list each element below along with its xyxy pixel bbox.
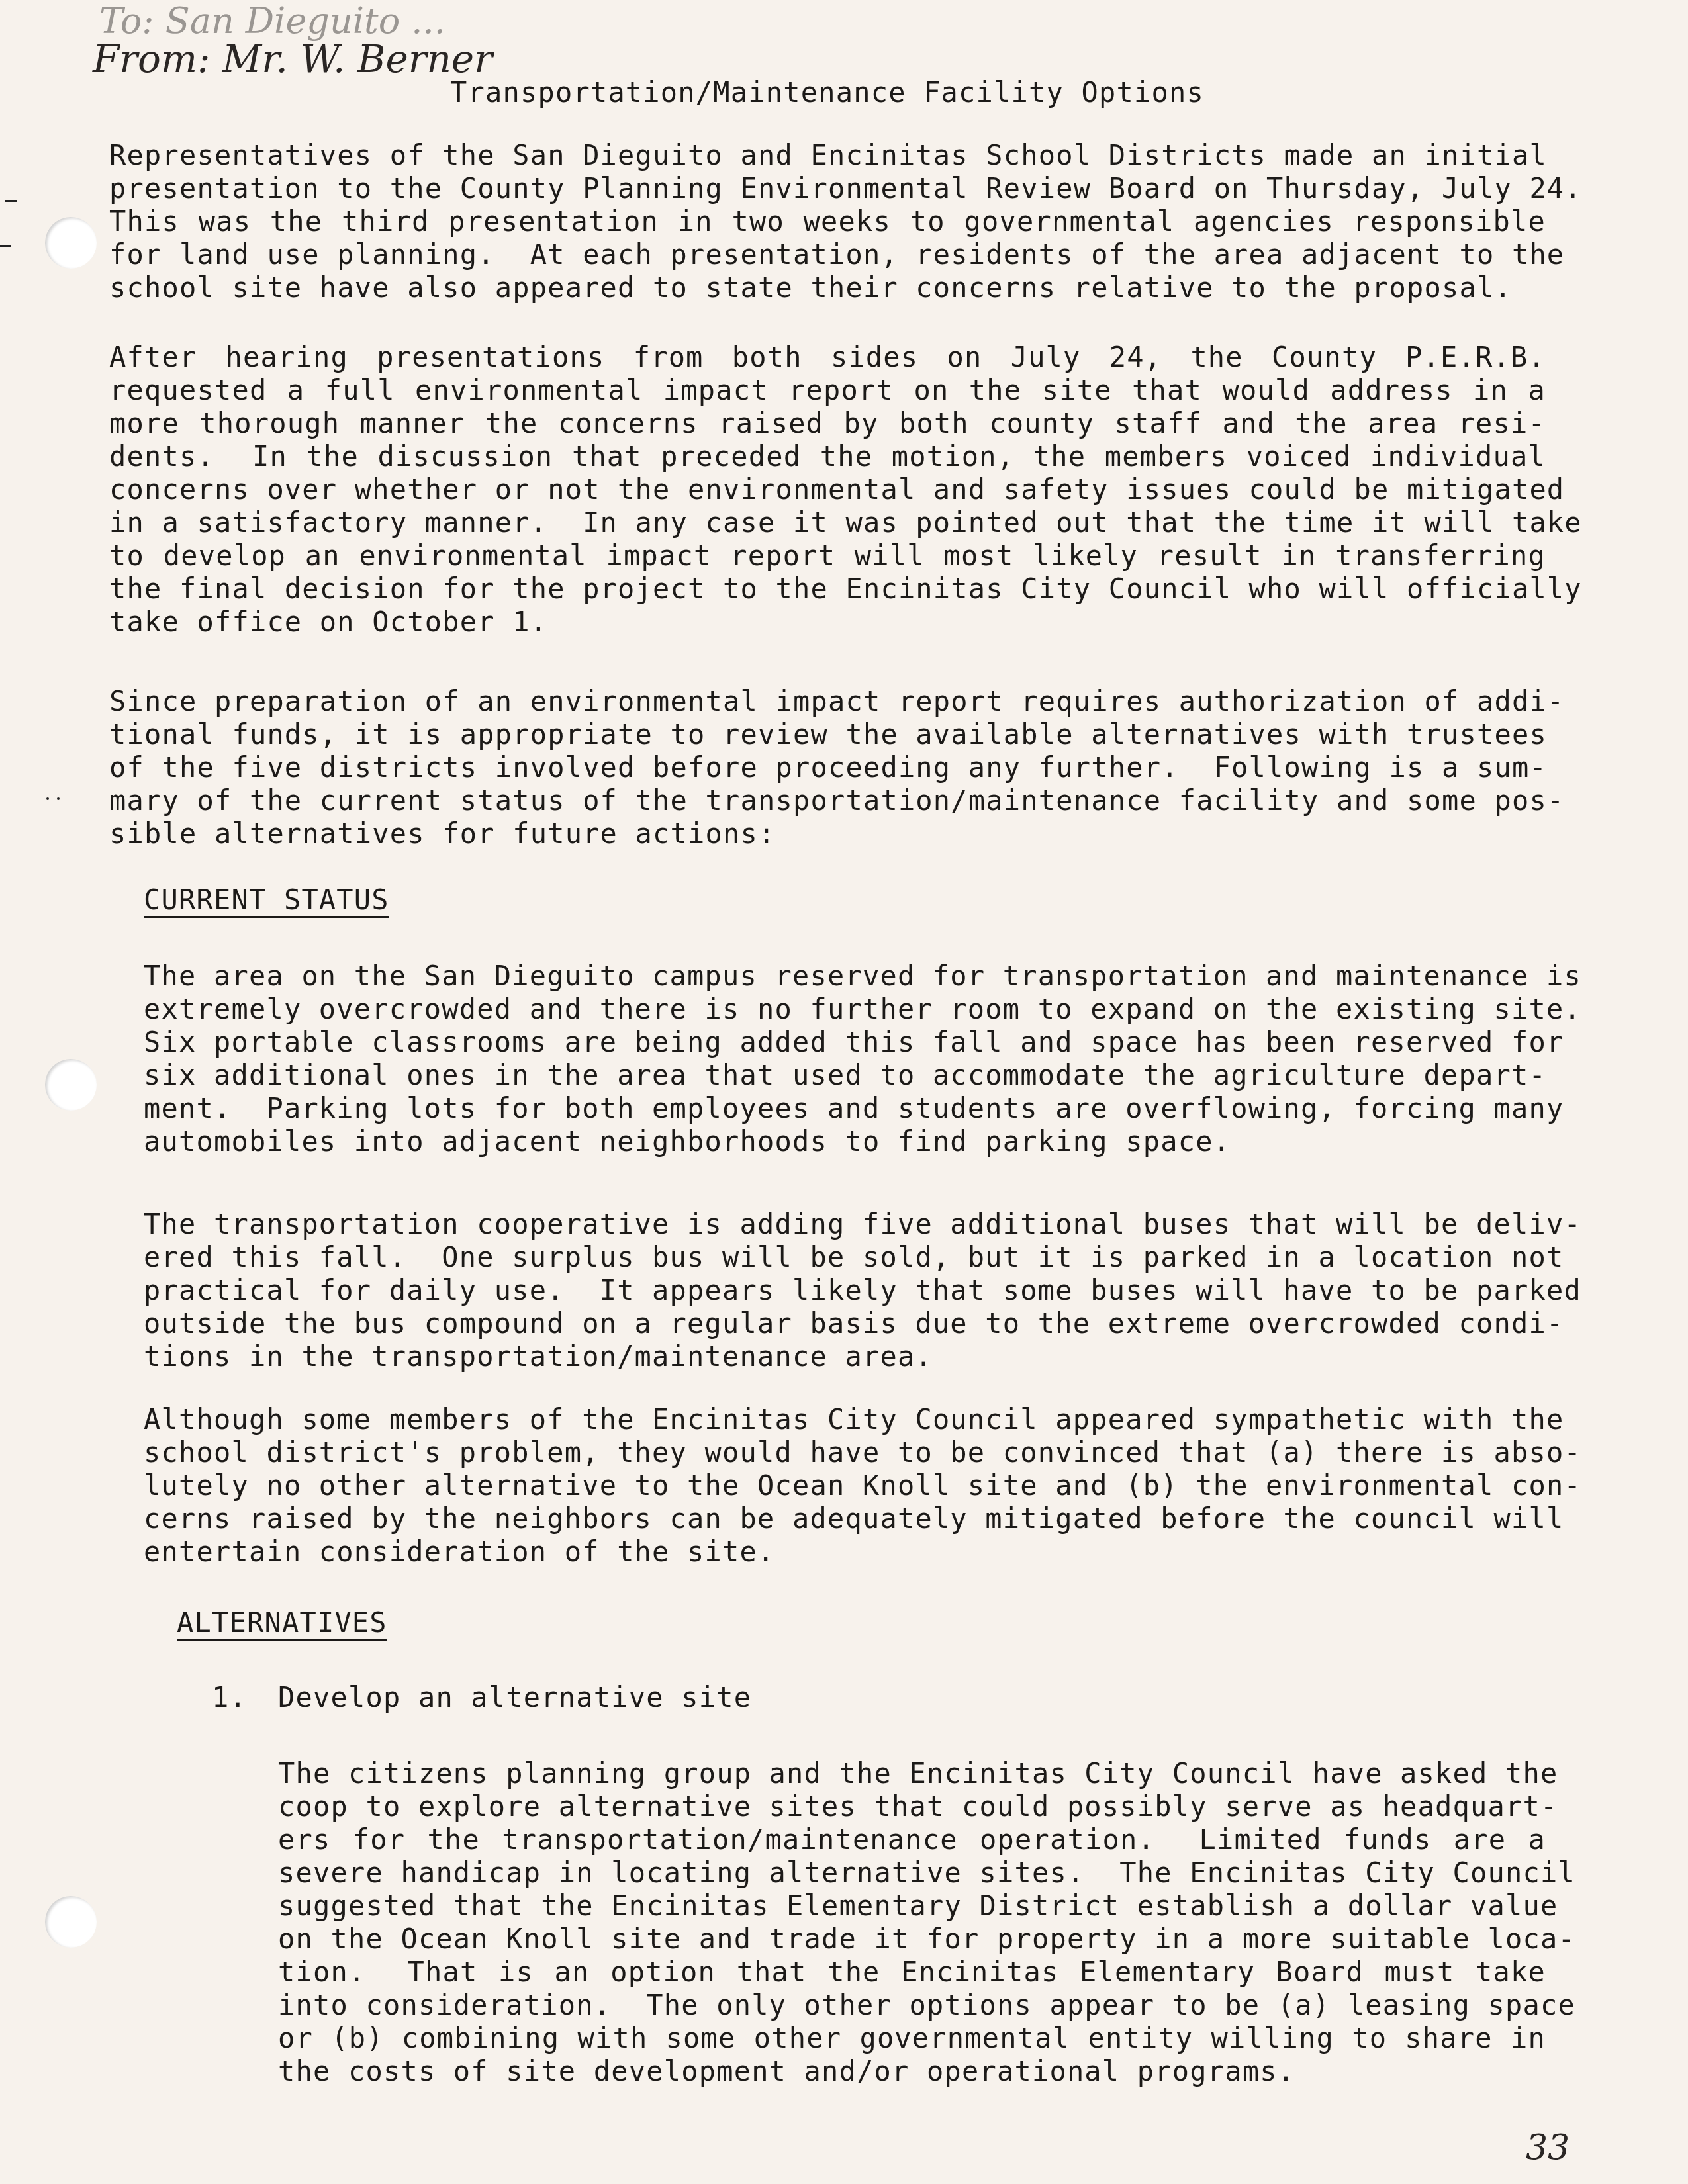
paragraph-line: extremely overcrowded and there is no fu… (144, 993, 1546, 1026)
paragraph-line: sible alternatives for future actions: (109, 817, 1546, 850)
paragraph-line: of the five districts involved before pr… (109, 751, 1546, 784)
paragraph-line: lutely no other alternative to the Ocean… (144, 1469, 1546, 1502)
paragraph-line: school site have also appeared to state … (109, 271, 1546, 304)
paragraph-line: school district's problem, they would ha… (144, 1436, 1546, 1469)
list-item-paragraph-line: ers for the transportation/maintenance o… (278, 1823, 1546, 1856)
list-item-number: 1. (212, 1681, 247, 1714)
paragraph-line: practical for daily use. It appears like… (144, 1274, 1546, 1307)
list-item-paragraph-line: the costs of site development and/or ope… (278, 2055, 1546, 2088)
paragraph-line: tions in the transportation/maintenance … (144, 1340, 1546, 1373)
paragraph-line: automobiles into adjacent neighborhoods … (144, 1125, 1546, 1158)
paragraph-line: After hearing presentations from both si… (109, 341, 1546, 374)
punch-hole-middle (45, 1059, 97, 1111)
paragraph-line: ered this fall. One surplus bus will be … (144, 1241, 1546, 1274)
paragraph-line: concerns over whether or not the environ… (109, 473, 1546, 506)
margin-mark (46, 797, 49, 800)
paragraph-line: mary of the current status of the transp… (109, 784, 1546, 817)
paragraph-line: Representatives of the San Dieguito and … (109, 139, 1546, 172)
margin-mark (0, 245, 11, 247)
paragraph-line: for land use planning. At each presentat… (109, 238, 1546, 271)
paragraph-line: Six portable classrooms are being added … (144, 1026, 1546, 1059)
paragraph-line: The area on the San Dieguito campus rese… (144, 960, 1546, 993)
document-page: To: San Dieguito ... From: Mr. W. Berner… (0, 0, 1688, 2184)
handwritten-page-number: 33 (1526, 2128, 1570, 2167)
paragraph-line: Although some members of the Encinitas C… (144, 1403, 1546, 1436)
paragraph-line: The transportation cooperative is adding… (144, 1208, 1546, 1241)
paragraph-line: take office on October 1. (109, 606, 1546, 639)
list-item-title: Develop an alternative site (278, 1681, 927, 1714)
paragraph-line: entertain consideration of the site. (144, 1535, 1546, 1569)
paragraph-line: cerns raised by the neighbors can be ade… (144, 1502, 1546, 1535)
list-item-paragraph-line: or (b) combining with some other governm… (278, 2022, 1546, 2055)
list-item-paragraph-line: coop to explore alternative sites that c… (278, 1790, 1546, 1823)
paragraph-line: the final decision for the project to th… (109, 572, 1546, 606)
list-item-paragraph-line: The citizens planning group and the Enci… (278, 1757, 1546, 1790)
list-item-paragraph-line: into consideration. The only other optio… (278, 1989, 1546, 2022)
paragraph-line: six additional ones in the area that use… (144, 1059, 1546, 1092)
paragraph-line: Since preparation of an environmental im… (109, 685, 1546, 718)
paragraph-line: to develop an environmental impact repor… (109, 539, 1546, 572)
list-item-paragraph-line: on the Ocean Knoll site and trade it for… (278, 1923, 1546, 1956)
paragraph-line: ment. Parking lots for both employees an… (144, 1092, 1546, 1125)
paragraph-line: more thorough manner the concerns raised… (109, 407, 1546, 440)
document-title: Transportation/Maintenance Facility Opti… (450, 76, 1204, 109)
list-item-paragraph-line: severe handicap in locating alternative … (278, 1856, 1546, 1889)
paragraph-line: in a satisfactory manner. In any case it… (109, 506, 1546, 539)
section-heading-current-status: CURRENT STATUS (144, 884, 389, 916)
paragraph-line: presentation to the County Planning Envi… (109, 172, 1546, 205)
handwritten-from-line: From: Mr. W. Berner (93, 36, 492, 81)
margin-mark (57, 797, 60, 800)
paragraph-line: outside the bus compound on a regular ba… (144, 1307, 1546, 1340)
paragraph-line: This was the third presentation in two w… (109, 205, 1546, 238)
paragraph-line: requested a full environmental impact re… (109, 374, 1546, 407)
punch-hole-top (45, 217, 97, 269)
list-item-paragraph-line: suggested that the Encinitas Elementary … (278, 1889, 1546, 1923)
margin-mark (5, 200, 17, 202)
list-item-paragraph-line: tion. That is an option that the Encinit… (278, 1956, 1546, 1989)
section-heading-alternatives: ALTERNATIVES (177, 1606, 387, 1639)
paragraph-line: dents. In the discussion that preceded t… (109, 440, 1546, 473)
punch-hole-bottom (45, 1896, 97, 1948)
handwritten-to-line: To: San Dieguito ... (99, 0, 445, 42)
paragraph-line: tional funds, it is appropriate to revie… (109, 718, 1546, 751)
